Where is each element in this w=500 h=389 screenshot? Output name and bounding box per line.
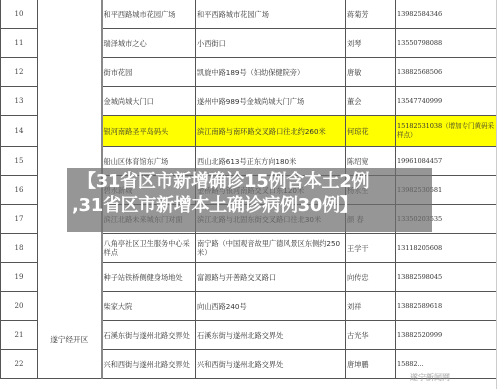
- contact-cell: 唐敏: [346, 58, 396, 87]
- location-cell: 街市花园: [102, 58, 196, 87]
- address-cell: 小西街口: [196, 29, 346, 58]
- row-number: 13: [1, 87, 38, 116]
- contact-cell: 刘琴: [346, 29, 396, 58]
- phone-cell: 13882598045: [396, 263, 497, 292]
- row-number: 19: [1, 263, 38, 292]
- row-number: 20: [1, 292, 38, 321]
- phone-cell: 13982584346: [396, 0, 497, 29]
- contact-cell: 王学干: [346, 234, 396, 263]
- district-label: 遂宁经开区: [39, 335, 100, 344]
- row-number: 12: [1, 58, 38, 87]
- address-cell: 富源路与开善路交叉路口: [196, 263, 346, 292]
- location-cell: 种子站铁桥侧健身场地处: [102, 263, 196, 292]
- row-number: 22: [1, 350, 38, 379]
- phone-cell: 15182531038（增加专门黄码采样点）: [396, 116, 497, 147]
- location-cell: 兴和西街与遂州北路交界处: [102, 350, 196, 379]
- contact-cell: 向传忠: [346, 263, 396, 292]
- row-number: 21: [1, 321, 38, 350]
- location-cell: 金城尚城大门口: [102, 87, 196, 116]
- contact-cell: 蒋菊芳: [346, 0, 396, 29]
- contact-cell: 何琼花: [346, 116, 396, 147]
- headline-banner: 【31省区市新增确诊15例含本土2例 ,31省区市新增本土确诊病例30例】: [78, 170, 438, 218]
- row-number: 11: [1, 29, 38, 58]
- source-watermark: 遂宁新闻网: [410, 372, 450, 383]
- row-number: 14: [1, 116, 38, 147]
- contact-cell: 古光华: [346, 321, 396, 350]
- address-cell: 向山西路240号: [196, 292, 346, 321]
- phone-cell: 13882589618: [396, 292, 497, 321]
- location-cell: 石溪东街与遂州北路交界处: [102, 321, 196, 350]
- address-cell: 遂州中路989号金城尚城大门广场: [196, 87, 346, 116]
- row-number: 17: [1, 205, 38, 234]
- phone-cell: 13882520999: [396, 321, 497, 350]
- row-number: 16: [1, 176, 38, 205]
- contact-cell: 董会: [346, 87, 396, 116]
- contact-cell: 刘祥: [346, 292, 396, 321]
- location-cell: 瑞泽城市之心: [102, 29, 196, 58]
- phone-cell: 13118205608: [396, 234, 497, 263]
- location-cell: 银河南路圣平岛码头: [102, 116, 196, 147]
- headline-line-1: 【31省区市新增确诊15例含本土2例: [78, 170, 438, 194]
- sheet-edge-divider: [496, 0, 497, 389]
- location-cell: 柴家大院: [102, 292, 196, 321]
- contact-cell: 唐坤鹏: [346, 350, 396, 379]
- address-cell: 兴和西街与遂州北路交界处: [196, 350, 346, 379]
- address-cell: 凯旋中路189号（妇幼保健院旁）: [196, 58, 346, 87]
- row-number: 18: [1, 234, 38, 263]
- address-cell: 南宁路（中国观音故里广德风景区东侧约250米）: [196, 234, 346, 263]
- row-number: 10: [1, 0, 38, 29]
- table-row: 10 遂宁经开区 和平西路城市花园广场 和平西路城市花园广场 蒋菊芳 13982…: [1, 0, 497, 29]
- location-cell: 八角亭社区卫生服务中心采样点: [102, 234, 196, 263]
- phone-cell: 13550798088: [396, 29, 497, 58]
- address-cell: 滨江南路与南环路交叉路口往北约260米: [196, 116, 346, 147]
- phone-cell: 13882568506: [396, 58, 497, 87]
- phone-cell: 13547740999: [396, 87, 497, 116]
- address-cell: 石溪东街与遂州北路交界处: [196, 321, 346, 350]
- row-number: 15: [1, 147, 38, 176]
- headline-line-2: ,31省区市新增本土确诊病例30例】: [72, 194, 438, 218]
- location-cell: 和平西路城市花园广场: [102, 0, 196, 29]
- address-cell: 和平西路城市花园广场: [196, 0, 346, 29]
